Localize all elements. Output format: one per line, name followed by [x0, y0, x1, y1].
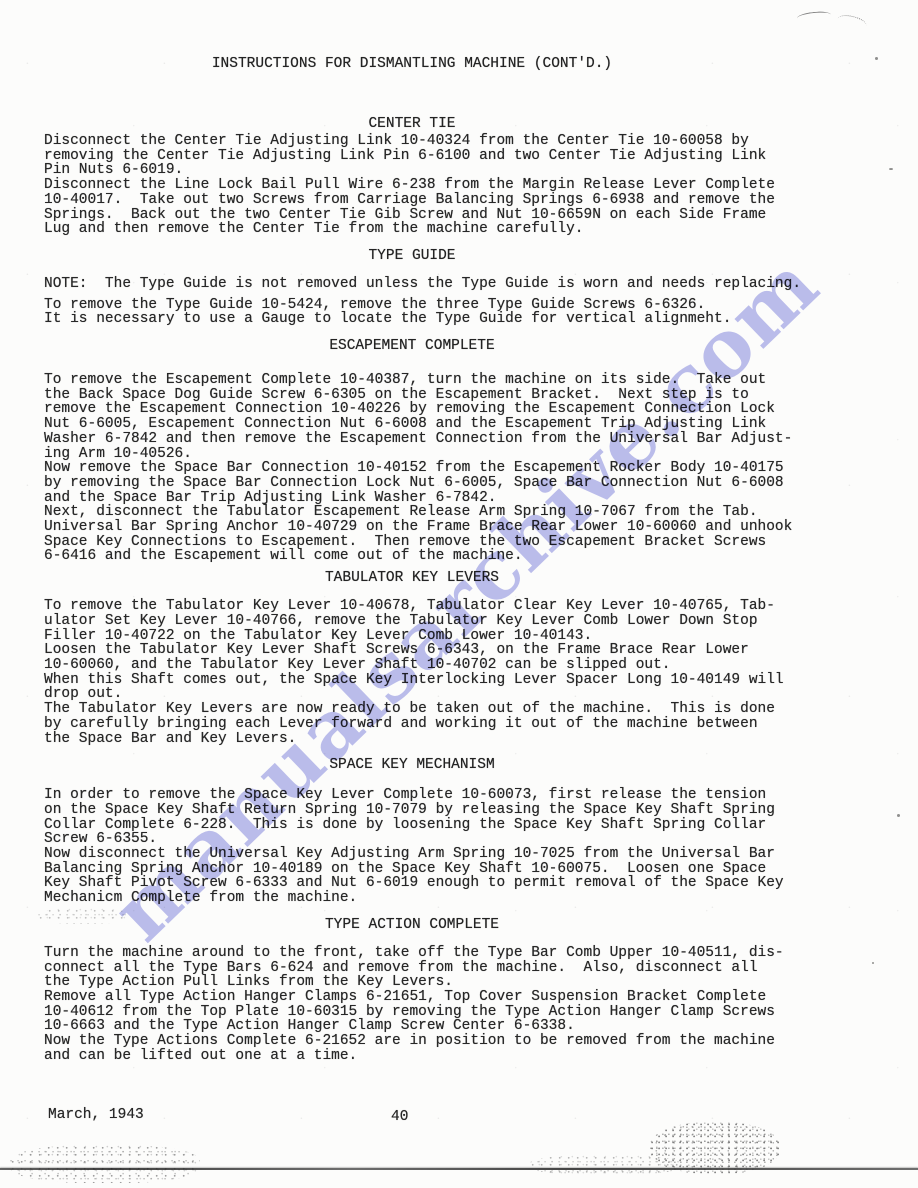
- section-heading: TABULATOR KEY LEVERS: [0, 571, 824, 586]
- paragraph: Now disconnect the Universal Key Adjusti…: [44, 847, 824, 906]
- text-line: Turn the machine around to the front, ta…: [44, 946, 824, 961]
- text-line: on the Space Key Shaft Return Spring 10-…: [44, 803, 824, 818]
- paragraph: Now the Type Actions Complete 6-21652 ar…: [44, 1034, 824, 1063]
- text-line: It is necessary to use a Gauge to locate…: [44, 312, 824, 327]
- section-paragraphs: Disconnect the Center Tie Adjusting Link…: [0, 134, 824, 237]
- text-line: remove the Escapement Connection 10-4022…: [44, 402, 824, 417]
- paragraph: Loosen the Tabulator Key Lever Shaft Scr…: [44, 643, 824, 672]
- section-heading: ESCAPEMENT COMPLETE: [0, 339, 824, 354]
- text-line: Disconnect the Line Lock Bail Pull Wire …: [44, 178, 824, 193]
- sections-container: CENTER TIEDisconnect the Center Tie Adju…: [0, 117, 824, 1063]
- scan-noise-bottom-center: [530, 1155, 680, 1175]
- scan-stray-dot: [875, 57, 878, 60]
- section-paragraphs: NOTE: The Type Guide is not removed unle…: [0, 277, 824, 327]
- scan-stray-dot: [872, 962, 874, 964]
- text-line: Next, disconnect the Tabulator Escapemen…: [44, 505, 824, 520]
- text-line: Now disconnect the Universal Key Adjusti…: [44, 847, 824, 862]
- text-line: Screw 6-6355.: [44, 832, 824, 847]
- section-type-guide: TYPE GUIDENOTE: The Type Guide is not re…: [0, 249, 824, 327]
- paragraph: Disconnect the Line Lock Bail Pull Wire …: [44, 178, 824, 237]
- text-line: Universal Bar Spring Anchor 10-40729 on …: [44, 520, 824, 535]
- text-line: 10-6663 and the Type Action Hanger Clamp…: [44, 1019, 824, 1034]
- text-line: NOTE: The Type Guide is not removed unle…: [44, 277, 824, 292]
- footer-page-number: 40: [391, 1110, 408, 1125]
- scan-noise-bottom-right: [650, 1122, 780, 1174]
- scan-stray-dot: [889, 168, 893, 170]
- text-line: When this Shaft comes out, the Space Key…: [44, 673, 824, 688]
- paragraph: In order to remove the Space Key Lever C…: [44, 788, 824, 847]
- text-line: To remove the Tabulator Key Lever 10-406…: [44, 599, 824, 614]
- scan-noise-bottom-left: [10, 1145, 200, 1183]
- paragraph: Now remove the Space Bar Connection 10-4…: [44, 461, 824, 505]
- text-line: 10-40017. Take out two Screws from Carri…: [44, 193, 824, 208]
- paragraph: The Tabulator Key Levers are now ready t…: [44, 702, 824, 746]
- paragraph: When this Shaft comes out, the Space Key…: [44, 673, 824, 702]
- text-line: Mechanicm Complete from the machine.: [44, 891, 824, 906]
- footer-date: March, 1943: [48, 1108, 144, 1123]
- text-line: 6-6416 and the Escapement will come out …: [44, 549, 824, 564]
- text-line: Lug and then remove the Center Tie from …: [44, 222, 824, 237]
- section-paragraphs: To remove the Tabulator Key Lever 10-406…: [0, 599, 824, 746]
- text-line: Remove all Type Action Hanger Clamps 6-2…: [44, 990, 824, 1005]
- section-heading: CENTER TIE: [0, 117, 824, 132]
- text-line: and can be lifted out one at a time.: [44, 1049, 824, 1064]
- text-line: Loosen the Tabulator Key Lever Shaft Scr…: [44, 643, 824, 658]
- section-paragraphs: Turn the machine around to the front, ta…: [0, 946, 824, 1064]
- section-tabulator-key-levers: TABULATOR KEY LEVERSTo remove the Tabula…: [0, 571, 824, 746]
- text-line: the Type Action Pull Links from the Key …: [44, 975, 824, 990]
- text-line: Key Shaft Pivot Screw 6-6333 and Nut 6-6…: [44, 876, 824, 891]
- paragraph: To remove the Type Guide 10-5424, remove…: [44, 298, 824, 327]
- document-content: INSTRUCTIONS FOR DISMANTLING MACHINE (CO…: [0, 0, 824, 1063]
- paragraph: Remove all Type Action Hanger Clamps 6-2…: [44, 990, 824, 1034]
- page-title: INSTRUCTIONS FOR DISMANTLING MACHINE (CO…: [0, 0, 824, 72]
- text-line: drop out.: [44, 687, 824, 702]
- text-line: 10-60060, and the Tabulator Key Lever Sh…: [44, 658, 824, 673]
- text-line: ulator Set Key Lever 10-40766, remove th…: [44, 614, 824, 629]
- text-line: Disconnect the Center Tie Adjusting Link…: [44, 134, 824, 149]
- scan-stray-dot: [897, 814, 900, 817]
- section-escapement-complete: ESCAPEMENT COMPLETETo remove the Escapem…: [0, 339, 824, 564]
- text-line: by removing the Space Bar Connection Loc…: [44, 476, 824, 491]
- paragraph: To remove the Tabulator Key Lever 10-406…: [44, 599, 824, 643]
- paragraph: Next, disconnect the Tabulator Escapemen…: [44, 505, 824, 564]
- section-type-action-complete: TYPE ACTION COMPLETETurn the machine aro…: [0, 918, 824, 1064]
- text-line: Springs. Back out the two Center Tie Gib…: [44, 208, 824, 223]
- text-line: In order to remove the Space Key Lever C…: [44, 788, 824, 803]
- text-line: Washer 6-7842 and then remove the Escape…: [44, 432, 824, 447]
- paragraph: Disconnect the Center Tie Adjusting Link…: [44, 134, 824, 178]
- text-line: Now the Type Actions Complete 6-21652 ar…: [44, 1034, 824, 1049]
- section-paragraphs: To remove the Escapement Complete 10-403…: [0, 373, 824, 564]
- text-line: Nut 6-6005, Escapement Connection Nut 6-…: [44, 417, 824, 432]
- paragraph: NOTE: The Type Guide is not removed unle…: [44, 277, 824, 292]
- text-line: The Tabulator Key Levers are now ready t…: [44, 702, 824, 717]
- text-line: To remove the Escapement Complete 10-403…: [44, 373, 824, 388]
- section-heading: SPACE KEY MECHANISM: [0, 758, 824, 773]
- paragraph: Turn the machine around to the front, ta…: [44, 946, 824, 990]
- text-line: the Space Bar and Key Levers.: [44, 732, 824, 747]
- scan-edge-line: [0, 1168, 918, 1170]
- text-line: by carefully bringing each Lever forward…: [44, 717, 824, 732]
- paragraph: To remove the Escapement Complete 10-403…: [44, 373, 824, 461]
- section-paragraphs: In order to remove the Space Key Lever C…: [0, 788, 824, 906]
- section-heading: TYPE ACTION COMPLETE: [0, 918, 824, 933]
- text-line: Collar Complete 6-228. This is done by l…: [44, 818, 824, 833]
- section-center-tie: CENTER TIEDisconnect the Center Tie Adju…: [0, 117, 824, 237]
- text-line: Pin Nuts 6-6019.: [44, 163, 824, 178]
- document-page: manualsarchive.com INSTRUCTIONS FOR DISM…: [0, 0, 918, 1188]
- text-line: Now remove the Space Bar Connection 10-4…: [44, 461, 824, 476]
- section-heading: TYPE GUIDE: [0, 249, 824, 264]
- section-space-key-mechanism: SPACE KEY MECHANISMIn order to remove th…: [0, 758, 824, 906]
